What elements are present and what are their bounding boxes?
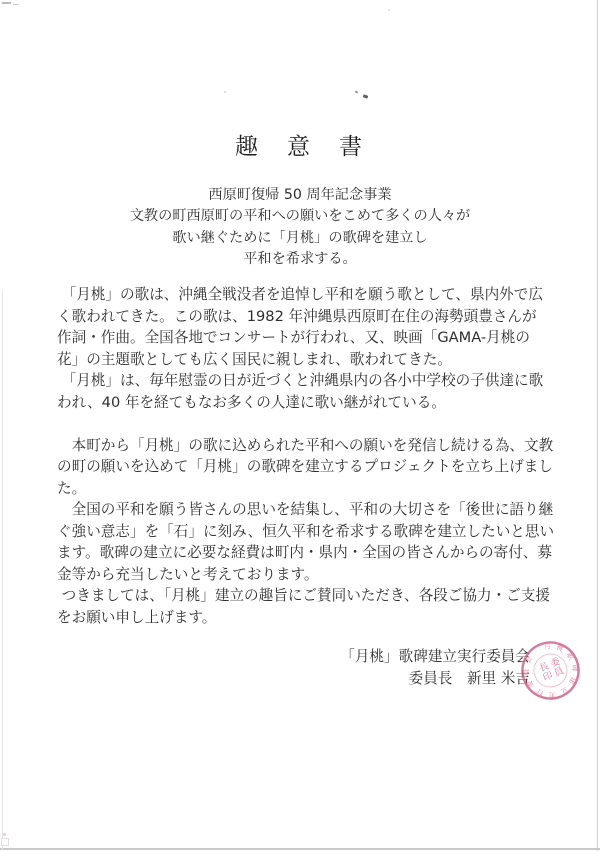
text-line: われ、40 年を経てもなお多くの人達に歌い継がれている。 [57, 392, 577, 414]
scan-edge-right [597, 0, 598, 851]
text-line: 全国の平和を願う皆さんの思いを結集し、平和の大切さを「後世に語り継 [57, 499, 577, 521]
text-line: 作詞・作曲。全国各地でコンサートが行われ、又、映画「GAMA-月桃の [57, 327, 577, 349]
scan-speck [3, 833, 6, 836]
scan-artifact [1, 838, 9, 846]
scan-speck [363, 94, 369, 98]
stamp-center-char: 員 [553, 665, 566, 679]
text-line: をお願い申し上げます。 [57, 607, 577, 629]
text-line: ます。歌碑の建立に必要な経費は町内・県内・全国の皆さんからの寄付、募 [57, 542, 577, 564]
scanned-document-page: 趣 意 書 西原町復帰 50 周年記念事業文教の町西原町の平和への願いをこめて多… [0, 0, 600, 851]
text-line: 平和を希求する。 [0, 249, 600, 270]
signature-organization: 「月桃」歌碑建立実行委員会 [340, 646, 530, 668]
text-line: 文教の町西原町の平和への願いをこめて多くの人々が [0, 206, 600, 227]
text-line: 「月桃」は、毎年慰霊の日が近づくと沖縄県内の各小中学校の子供達に歌 [57, 370, 577, 392]
signature-chairperson: 委員長 新里 米吉 [340, 668, 530, 690]
text-line: 「月桃」の歌は、沖縄全戦没者を追悼し平和を願う歌として、県内外で広 [57, 284, 577, 306]
text-line: 西原町復帰 50 周年記念事業 [0, 185, 600, 206]
text-line: く歌われてきた。この歌は、1982 年沖縄県西原町在住の海勢頭豊さんが [57, 306, 577, 328]
document-body: 「月桃」の歌は、沖縄全戦没者を追悼し平和を願う歌として、県内外で広く歌われてきた… [57, 284, 577, 628]
text-line: 金等から充当したいと考えております。 [57, 564, 577, 586]
scan-speck [388, 9, 390, 11]
scan-artifact [13, 4, 19, 5]
text-line: つきましては、「月桃」建立の趣旨にご賛同いただき、各段ご協力・ご支援 [57, 585, 577, 607]
document-subtitle: 西原町復帰 50 周年記念事業文教の町西原町の平和への願いをこめて多くの人々が歌… [0, 185, 600, 270]
text-line: 本町から「月桃」の歌に込められた平和への願いを発信し続ける為、文教 [57, 435, 577, 457]
text-line: 歌い継ぐために「月桃」の歌碑を建立し [0, 228, 600, 249]
scan-edge-bottom [0, 848, 600, 850]
text-line: 花」の主題歌としても広く国民に親しまれ、歌われてきた。 [57, 349, 577, 371]
document-title: 趣 意 書 [0, 134, 600, 160]
signature-block: 「月桃」歌碑建立実行委員会 委員長 新里 米吉 [340, 646, 530, 689]
official-seal-stamp-icon: 月桃歌碑建立実行委員会 委 員 長 印 [519, 639, 582, 702]
scan-artifact [2, 2, 11, 4]
scan-speck [355, 90, 359, 93]
text-line [57, 413, 577, 435]
scan-edge-left [2, 290, 3, 851]
text-line: ぐ強い意志」を「石」に刻み、恒久平和を希求する歌碑を建立したいと思い [57, 521, 577, 543]
text-line: た。 [57, 478, 577, 500]
text-line: の町の願いを込めて「月桃」の歌碑を建立するプロジェクトを立ち上げまし [57, 456, 577, 478]
scan-speck [224, 91, 226, 93]
